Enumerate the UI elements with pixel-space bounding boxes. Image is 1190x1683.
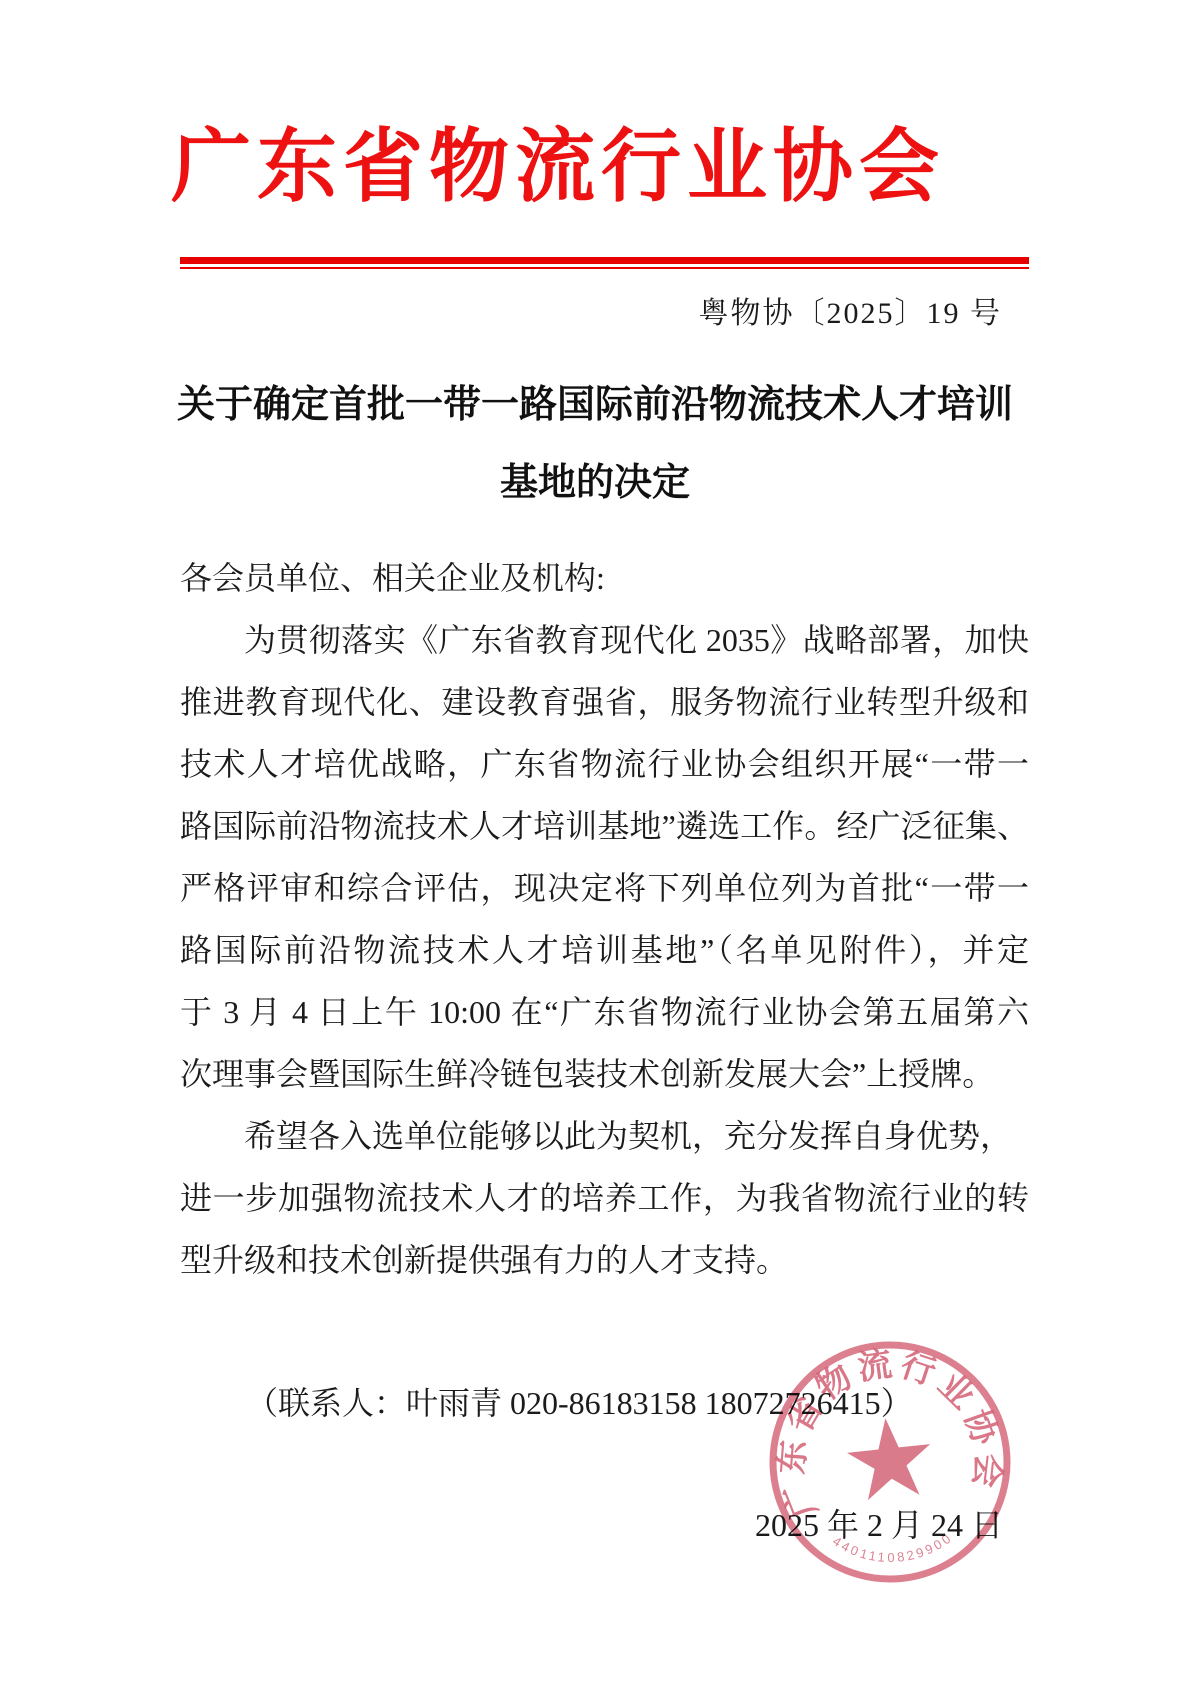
org-title: 广东省物流行业协会: [0, 102, 1153, 217]
body-line: 推进教育现代化、建设教育强省，服务物流行业转型升级和: [180, 671, 1029, 733]
body-line: 技术人才培优战略，广东省物流行业协会组织开展“一带一: [180, 733, 1029, 795]
body-line: 进一步加强物流技术人才的培养工作，为我省物流行业的转: [180, 1167, 1029, 1229]
doc-title: 关于确定首批一带一路国际前沿物流技术人才培训 基地的决定: [0, 366, 1190, 522]
body-line: 于 3 月 4 日上午 10:00 在“广东省物流行业协会第五届第六: [180, 981, 1029, 1043]
seal-star-icon: [844, 1414, 935, 1502]
doc-number: 粤物协〔2025〕19 号: [0, 288, 1190, 332]
body-line: 各会员单位、相关企业及机构:: [180, 547, 1029, 609]
doc-title-line-1: 关于确定首批一带一路国际前沿物流技术人才培训: [0, 366, 1190, 444]
doc-title-line-2: 基地的决定: [0, 444, 1190, 522]
seal-serial: 4401110829900: [829, 1521, 958, 1572]
body-line: 型升级和技术创新提供强有力的人才支持。: [180, 1229, 1029, 1291]
doc-body: 各会员单位、相关企业及机构: 为贯彻落实《广东省教育现代化 2035》战略部署，…: [180, 547, 1029, 1291]
seal-serial-holder: 4401110829900: [829, 1521, 958, 1572]
body-line: 为贯彻落实《广东省教育现代化 2035》战略部署，加快: [180, 609, 1029, 671]
body-line: 严格评审和综合评估，现决定将下列单位列为首批“一带一: [180, 857, 1029, 919]
document-page: 广东省物流行业协会 粤物协〔2025〕19 号 关于确定首批一带一路国际前沿物流…: [0, 0, 1190, 1683]
body-line: 希望各入选单位能够以此为契机，充分发挥自身优势，: [180, 1105, 1029, 1167]
red-divider-rule: [180, 257, 1029, 269]
official-seal: 广东省物流行业协会 4401110829900: [758, 1330, 1022, 1594]
body-line: 次理事会暨国际生鲜冷链包装技术创新发展大会”上授牌。: [180, 1043, 1029, 1105]
body-line: 路国际前沿物流技术人才培训基地”（名单见附件），并定: [180, 919, 1029, 981]
body-line: 路国际前沿物流技术人才培训基地”遴选工作。经广泛征集、: [180, 795, 1029, 857]
